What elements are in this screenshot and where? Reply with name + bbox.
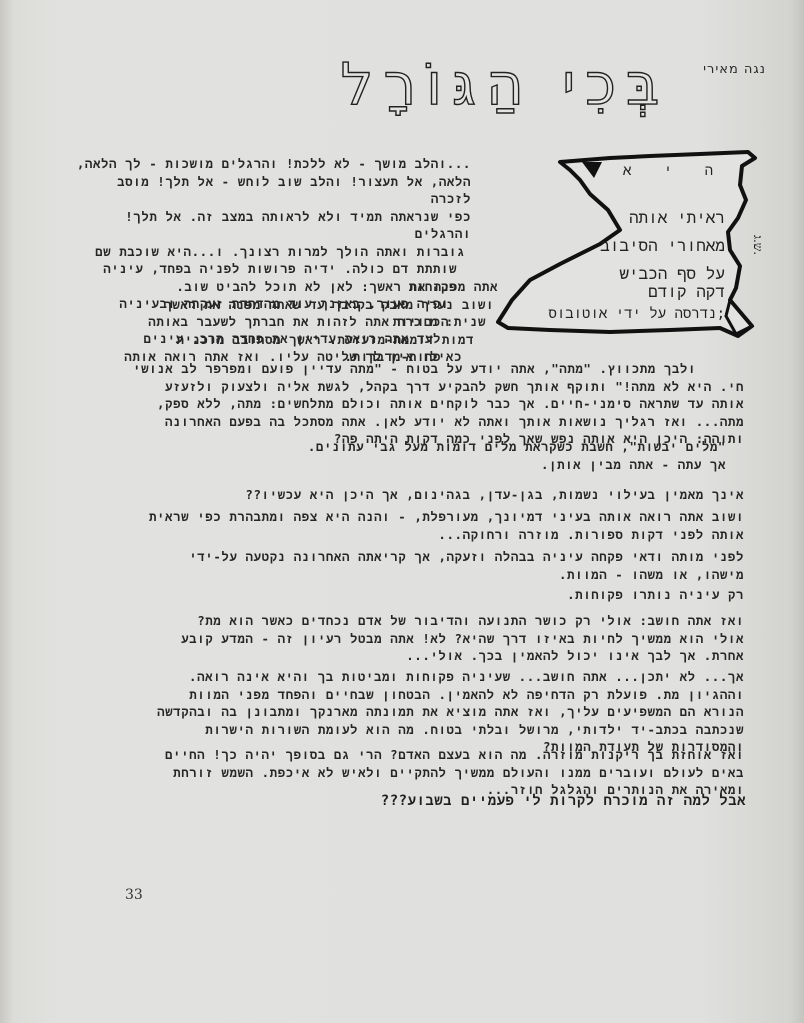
closing-line: אבל למה זה מוכרח לקרות לי פעמיים בשבוע??… (381, 793, 746, 810)
text-line: באים לעולם ועוברים ממנו והעולם ממשיך להת… (64, 764, 744, 782)
poem-line: דקה קודם (648, 282, 725, 302)
text-line: אך עתה - אתה מבין אותן. (206, 456, 726, 474)
author-name: נגה מאירי (703, 62, 766, 77)
poem-box: ה י א ראיתי אותה מאחורי הסיבוב על סף הכב… (490, 140, 770, 350)
quote-block: "מלים יבשות", חשבת כשקראת מלים דומות מעל… (206, 438, 726, 473)
text-line: מישהו, או משהו - המוות. (64, 566, 744, 584)
text-line: וההגיון מת. פועלת רק הדחיפה לא להאמין. ה… (64, 686, 744, 704)
paragraph-5: ושוב אתה רואה אותה בעיני דמיונך, מעורפלת… (64, 508, 744, 543)
poem-title: ה י א (623, 163, 725, 180)
paragraph-4: אינך מאמין בעילוי נשמות, בגן-עדן, בגהינו… (64, 486, 744, 504)
text-line: ולבך מתכווץ. "מתה", אתה יודע על בטוח - "… (64, 360, 696, 378)
text-line: אולי הוא ממשיך לחיות באיזו דרך שהיא? לא!… (64, 630, 744, 648)
text-line: ושוב אתה רואה אותה בעיני דמיונך, מעורפלת… (64, 508, 744, 526)
text-line: חי. היא לא מתה!" ותוקף אותך חשק להבקיע ד… (64, 378, 744, 396)
text-line: ואז אתה חושב: אולי רק כושר התנועה והדיבו… (64, 612, 744, 630)
text-line: מתה... ואז רגליך נושאות אותך ואתה לא יוד… (64, 413, 744, 431)
poem-line: על סף הכביש (619, 264, 725, 284)
text-line: כפי שנראתה תמיד ולא לראותה במצב זה. אל ת… (71, 208, 471, 243)
text-line: אחרת. אך לבך אינו יכול להאמין בכך. אולי.… (64, 647, 744, 665)
text-line: הנורא הם המשפיעים עליך, ואז אתה מוציא את… (64, 703, 744, 721)
paragraph-6: לפני מותה ודאי פקחה עיניה בבהלה וזעקה, א… (64, 548, 744, 583)
text-line: גוברות ואתה הולך למרות רצונך. ו...היא שו… (71, 243, 465, 261)
text-line: דמות דוממת-מזעזעת. ראשך מסתובב מוכנית (88, 331, 474, 349)
poem-line: ראיתי אותה (629, 208, 725, 228)
text-line: שנית: מוכרח אתה לזהות את חברתך לשעבר באו… (88, 313, 486, 331)
text-line: אותה לפני דקות ספורות. מוזרה ורחוקה... (64, 526, 744, 544)
text-line: "מלים יבשות", חשבת כשקראת מלים דומות מעל… (206, 438, 726, 456)
page-title: בְּכִי הַגּוֹרָל (335, 50, 675, 118)
paragraph-10: ואז אוחזת בך ריקנות מוזרה. מה הוא בעצם ה… (64, 746, 744, 799)
text-line: אך... לא יתכן... אתה חושב... שעיניה פקוח… (64, 668, 744, 686)
text-line: הלאה, אל תעצור! והלב שוב לוחש - אל תלך! … (71, 173, 471, 208)
text-line: אינך מאמין בעילוי נשמות, בגן-עדן, בגהינו… (64, 486, 744, 504)
text-line: אותה עד שתראה סימני-חיים. אך כבר לוקחים … (64, 395, 744, 413)
poem-initials: ש.ג. (750, 235, 765, 255)
paragraph-9: אך... לא יתכן... אתה חושב... שעיניה פקוח… (64, 668, 744, 756)
paragraph-3: ולבך מתכווץ. "מתה", אתה יודע על בטוח - "… (64, 360, 744, 448)
paragraph-7: רק עיניה נותרו פקוחות. (64, 586, 744, 604)
document-page: נגה מאירי בְּכִי הַגּוֹרָל ה י א ראיתי א… (0, 0, 804, 1023)
poem-line: מאחורי הסיבוב (600, 236, 725, 256)
paragraph-8: ואז אתה חושב: אולי רק כושר התנועה והדיבו… (64, 612, 744, 665)
text-line: רק עיניה נותרו פקוחות. (64, 586, 744, 604)
text-line: שנכתבה בכתב-יד ילדותי, מרושל ובלתי בטוח.… (64, 721, 744, 739)
poem-line: נדרסה על ידי אוטובוס; (548, 306, 725, 323)
text-line: ואז אוחזת בך ריקנות מוזרה. מה הוא בעצם ה… (64, 746, 744, 764)
text-line: לפני מותה ודאי פקחה עיניה בבהלה וזעקה, א… (64, 548, 744, 566)
text-line: ושוב נערך מאבק בקרבך עד שאתה מפנה את ראש… (88, 296, 494, 314)
text-line: אתה מפנה את ראשך: לאן לא תוכל להביט שוב. (88, 278, 498, 296)
paragraph-2: אתה מפנה את ראשך: לאן לא תוכל להביט שוב.… (88, 278, 498, 366)
page-number: 33 (125, 887, 143, 903)
text-line: ...והלב מושך - לא ללכת! והרגלים מושכות -… (71, 155, 471, 173)
